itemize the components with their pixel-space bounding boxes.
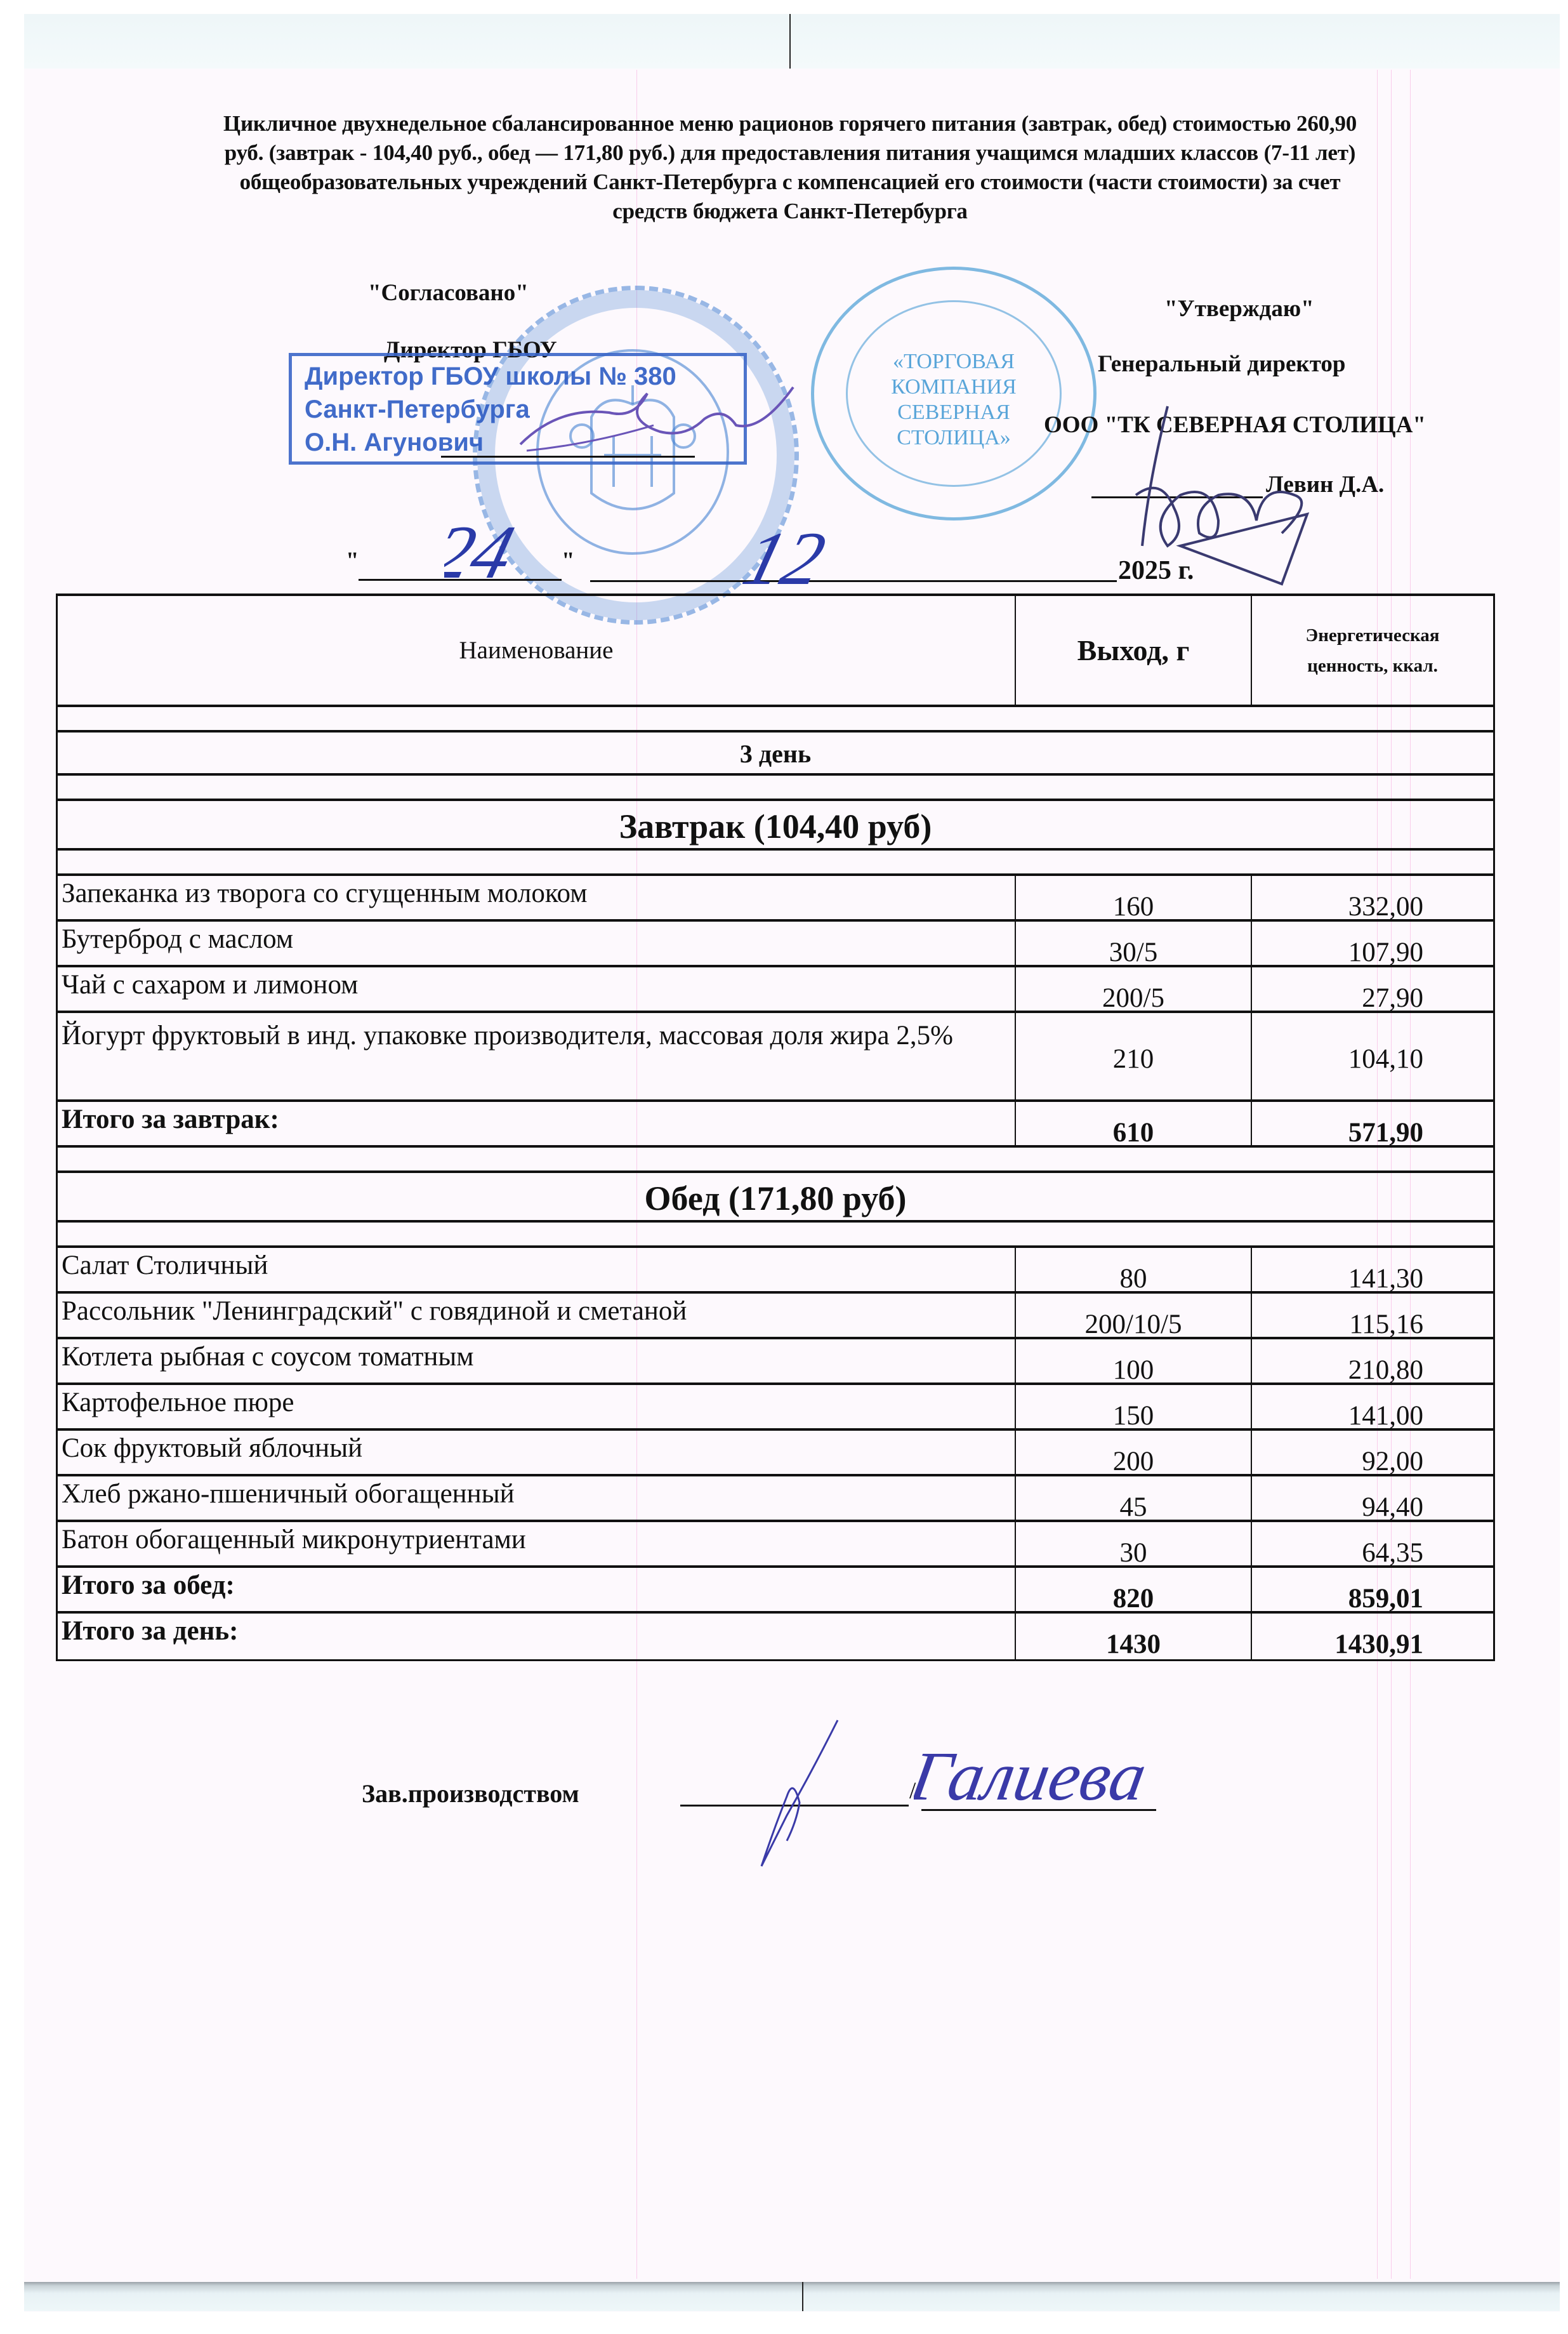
- document-title: Цикличное двухнедельное сбалансированное…: [76, 109, 1504, 226]
- scanner-band-top: [24, 14, 1560, 69]
- table-row: Йогурт фруктовый в инд. упаковке произво…: [58, 1013, 1493, 1102]
- production-manager-signature: [736, 1714, 863, 1873]
- handwritten-date-month: 12: [742, 501, 895, 597]
- scanner-band-bottom: [24, 2282, 1560, 2311]
- date-year: 2025 г.: [1118, 555, 1194, 586]
- table-spacer-row: [58, 776, 1493, 801]
- table-spacer-row: [58, 707, 1493, 733]
- day-total-row: Итого за день: 1430 1430,91: [58, 1614, 1493, 1659]
- header-name: Наименование: [58, 596, 1016, 705]
- svg-text:12: 12: [742, 517, 834, 597]
- title-line: руб. (завтрак - 104,40 руб., обед — 171,…: [76, 138, 1504, 168]
- title-line: Цикличное двухнедельное сбалансированное…: [76, 109, 1504, 138]
- production-manager-label: Зав.производством: [362, 1779, 579, 1808]
- header-yield: Выход, г: [1016, 596, 1252, 705]
- breakfast-heading-row: Завтрак (104,40 руб): [58, 801, 1493, 851]
- approval-right-position: Генеральный директор: [1098, 350, 1346, 378]
- director-signature: [508, 381, 806, 470]
- table-spacer-row: [58, 1223, 1493, 1248]
- table-row: Бутерброд с маслом 30/5 107,90: [58, 922, 1493, 967]
- company-round-seal: «ТОРГОВАЯ КОМПАНИЯ СЕВЕРНАЯ СТОЛИЦА»: [811, 267, 1097, 521]
- svg-text:24: 24: [444, 510, 523, 595]
- header-energy: Энергетическая ценность, ккал.: [1252, 596, 1493, 705]
- table-row: Хлеб ржано-пшеничный обогащенный 45 94,4…: [58, 1476, 1493, 1522]
- lunch-heading-row: Обед (171,80 руб): [58, 1173, 1493, 1223]
- approval-right-heading: "Утверждаю": [1164, 295, 1314, 322]
- title-line: общеобразовательных учреждений Санкт-Пет…: [76, 168, 1504, 197]
- date-open-quote: ": [346, 547, 359, 574]
- approval-left-heading: "Согласовано": [368, 279, 529, 307]
- table-row: Картофельное пюре 150 141,00: [58, 1385, 1493, 1431]
- table-row: Котлета рыбная с соусом томатным 100 210…: [58, 1339, 1493, 1385]
- table-header-row: Наименование Выход, г Энергетическая цен…: [58, 596, 1493, 707]
- svg-text:Галиева: Галиева: [914, 1737, 1152, 1815]
- table-spacer-row: [58, 851, 1493, 876]
- table-row: Батон обогащенный микронутриентами 30 64…: [58, 1522, 1493, 1568]
- breakfast-total-row: Итого за завтрак: 610 571,90: [58, 1102, 1493, 1148]
- scan-divider-line: [789, 14, 791, 69]
- table-row: Салат Столичный 80 141,30: [58, 1248, 1493, 1294]
- day-row: 3 день: [58, 733, 1493, 776]
- menu-table: Наименование Выход, г Энергетическая цен…: [56, 593, 1495, 1661]
- table-row: Сок фруктовый яблочный 200 92,00: [58, 1431, 1493, 1476]
- lunch-total-row: Итого за обед: 820 859,01: [58, 1568, 1493, 1614]
- title-line: средств бюджета Санкт-Петербурга: [76, 197, 1504, 226]
- handwritten-name: Галиева: [914, 1727, 1244, 1822]
- table-spacer-row: [58, 1148, 1493, 1173]
- scan-divider-line: [802, 2282, 803, 2311]
- table-row: Рассольник "Ленинградский" с говядиной и…: [58, 1294, 1493, 1339]
- table-row: Чай с сахаром и лимоном 200/5 27,90: [58, 967, 1493, 1013]
- table-row: Запеканка из творога со сгущенным молоко…: [58, 876, 1493, 922]
